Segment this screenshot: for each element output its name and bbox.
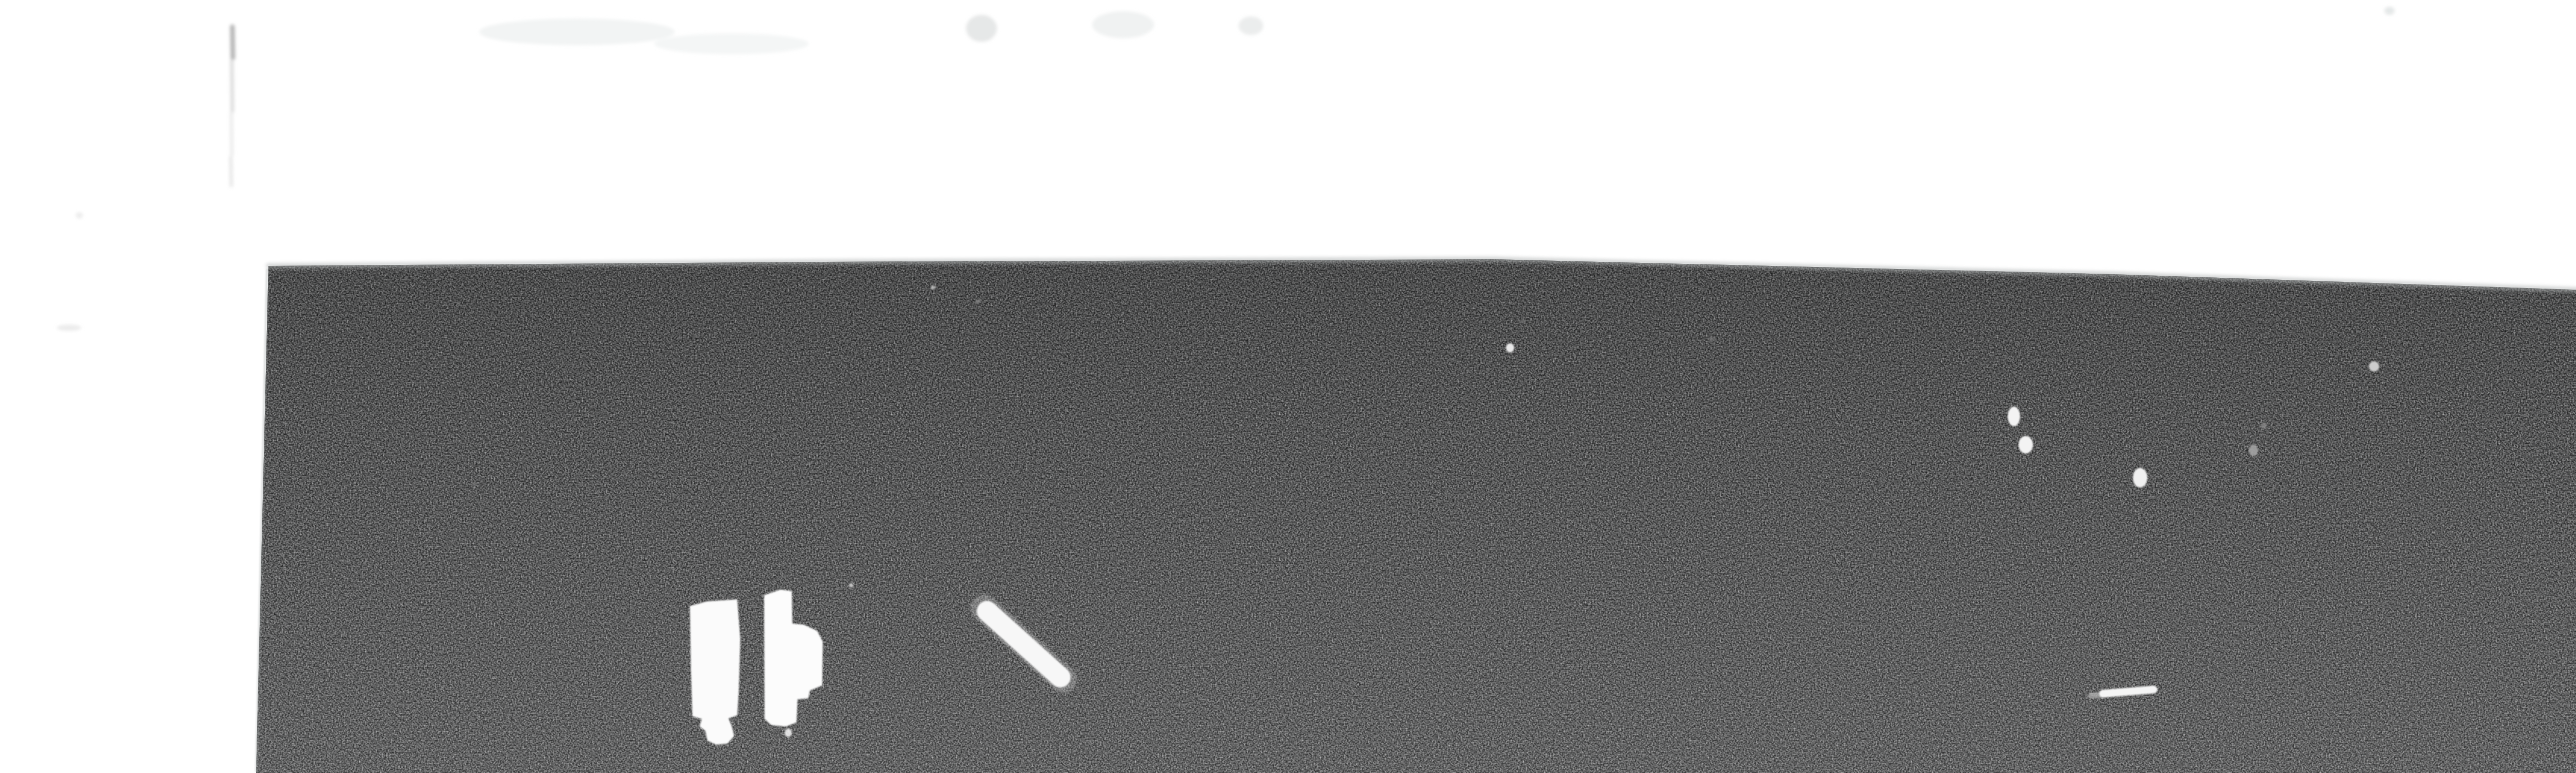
horizontal-dash [2103,690,2154,694]
bright-dot-small [1506,343,1514,352]
top-right-corner-speck [2384,7,2395,15]
grain-speck-2 [472,482,477,485]
top-smudge-dark-2 [1239,16,1263,35]
crease-mark-mid [232,61,232,111]
top-band-smudge-2 [654,33,809,54]
scanned-page [0,0,2576,773]
grain-speck-1 [849,583,853,587]
dim-dot-1 [2249,445,2258,456]
bright-dot-3 [2133,468,2147,488]
top-band-smudge-3 [1092,11,1154,38]
photograph [256,259,2576,773]
faint-dot-2 [1709,337,1715,342]
crease-mark-tail [231,157,231,186]
top-band-smudge-1 [479,19,675,45]
left-margin-streak [57,325,81,331]
grain-speck-3 [930,285,936,290]
left-margin-speck [76,212,83,219]
top-smudge-dark-1 [966,15,997,42]
bright-dot-2 [2019,436,2033,453]
crease-mark-faint [231,113,232,155]
faint-dot-1 [2261,423,2267,429]
grain-speck-4 [976,299,980,304]
faint-dot-3 [1520,320,1526,324]
white-blob-right-droplet [785,729,792,737]
dim-dot-2 [2369,361,2379,372]
bright-dot-1 [2008,407,2020,426]
photo-shading [256,259,2576,773]
crease-mark-strong [232,27,233,58]
photo-canvas [0,0,2576,773]
